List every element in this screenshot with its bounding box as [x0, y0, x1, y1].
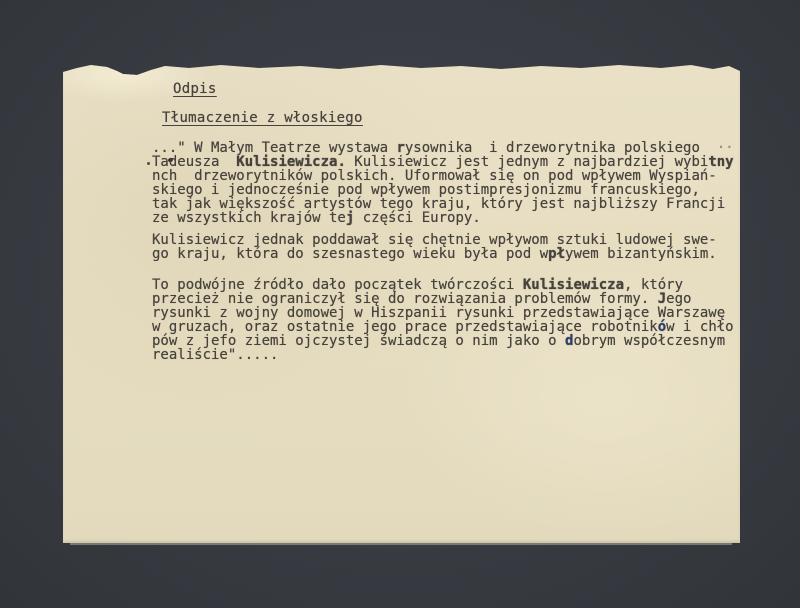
heading-translation: Tłumaczenie z włoskiego [162, 110, 363, 126]
paragraph: Kulisiewicz jednak poddawał się chętnie … [152, 234, 734, 262]
text-line: ze wszystkich krajów tej części Europy. [152, 212, 734, 226]
document-page: Odpis Tłumaczenie z włoskiego ..." W Mał… [63, 62, 740, 543]
paper-bottom-edge [70, 543, 732, 545]
text-line: realiście"..... [152, 349, 734, 363]
text-line: go kraju, która do szesnastego wieku był… [152, 248, 734, 262]
typed-text: ..." W Małym Teatrze wystawa rysownika i… [152, 142, 734, 363]
paper-speck [147, 162, 150, 165]
paragraph: ..." W Małym Teatrze wystawa rysownika i… [152, 142, 734, 225]
photo-background: Odpis Tłumaczenie z włoskiego ..." W Mał… [0, 0, 800, 608]
paragraph: To podwójne źródło dało początek twórczo… [152, 279, 734, 362]
heading-odpis: Odpis [173, 81, 217, 97]
